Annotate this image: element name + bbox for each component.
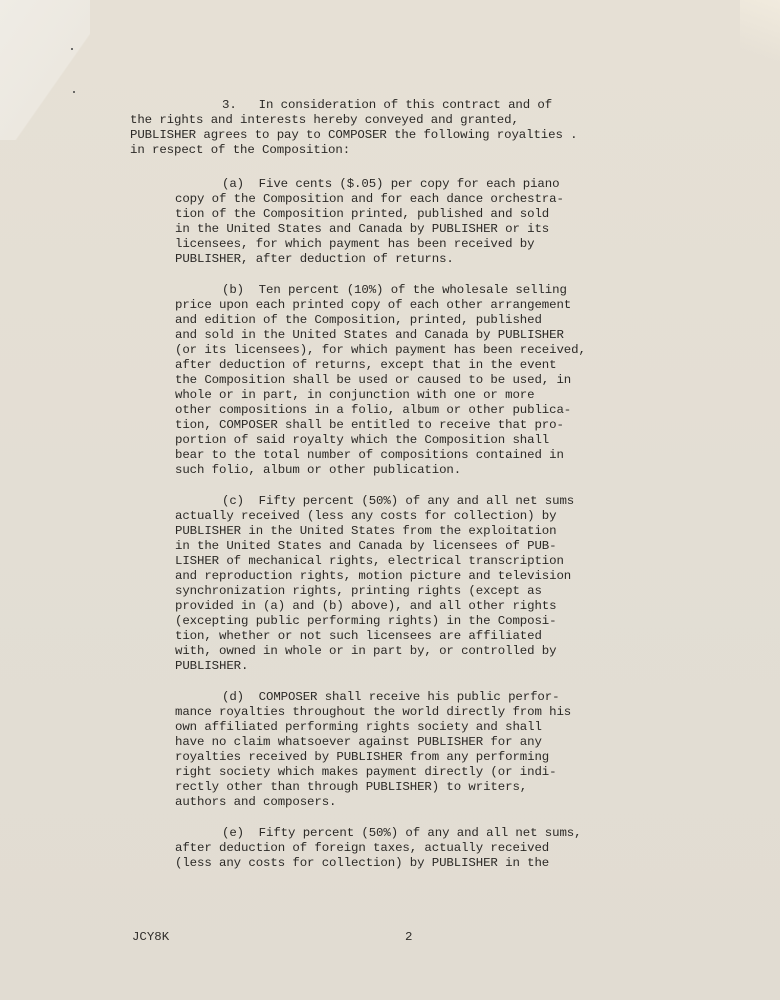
clause-line: in the United States and Canada by licen…: [175, 539, 556, 554]
clause-line: the Composition shall be used or caused …: [175, 373, 571, 388]
clause-line: whole or in part, in conjunction with on…: [175, 388, 534, 403]
clause-line: in the United States and Canada by PUBLI…: [175, 222, 549, 237]
clause-line: rectly other than through PUBLISHER) to …: [175, 780, 527, 795]
clause-line: licensees, for which payment has been re…: [175, 237, 534, 252]
clause-line: tion of the Composition printed, publish…: [175, 207, 549, 222]
clause-line: (excepting public performing rights) in …: [175, 614, 556, 629]
clause-line: PUBLISHER.: [175, 659, 248, 674]
paragraph-line: the rights and interests hereby conveyed…: [130, 113, 519, 128]
clause-line: actually received (less any costs for co…: [175, 509, 556, 524]
clause-line: (c) Fifty percent (50%) of any and all n…: [222, 494, 574, 509]
clause-line: after deduction of returns, except that …: [175, 358, 556, 373]
clause-line: after deduction of foreign taxes, actual…: [175, 841, 549, 856]
page-fold-shading: [0, 0, 90, 140]
paragraph-line: in respect of the Composition:: [130, 143, 350, 158]
clause-line: mance royalties throughout the world dir…: [175, 705, 571, 720]
clause-line: own affiliated performing rights society…: [175, 720, 542, 735]
clause-line: provided in (a) and (b) above), and all …: [175, 599, 556, 614]
clause-line: portion of said royalty which the Compos…: [175, 433, 549, 448]
page-number: 2: [405, 930, 412, 944]
clause-line: (b) Ten percent (10%) of the wholesale s…: [222, 283, 567, 298]
page-corner-shading: [740, 0, 780, 80]
clause-line: with, owned in whole or in part by, or c…: [175, 644, 556, 659]
clause-line: (d) COMPOSER shall receive his public pe…: [222, 690, 559, 705]
clause-line: PUBLISHER, after deduction of returns.: [175, 252, 454, 267]
paper-speck: [73, 91, 75, 93]
clause-line: (or its licensees), for which payment ha…: [175, 343, 586, 358]
clause-line: (a) Five cents ($.05) per copy for each …: [222, 177, 559, 192]
clause-line: tion, whether or not such licensees are …: [175, 629, 542, 644]
clause-line: tion, COMPOSER shall be entitled to rece…: [175, 418, 564, 433]
clause-line: have no claim whatsoever against PUBLISH…: [175, 735, 542, 750]
clause-line: synchronization rights, printing rights …: [175, 584, 542, 599]
clause-line: and edition of the Composition, printed,…: [175, 313, 542, 328]
clause-line: copy of the Composition and for each dan…: [175, 192, 564, 207]
document-code: JCY8K: [132, 930, 169, 944]
clause-line: royalties received by PUBLISHER from any…: [175, 750, 549, 765]
paragraph-line: PUBLISHER agrees to pay to COMPOSER the …: [130, 128, 577, 143]
clause-line: such folio, album or other publication.: [175, 463, 461, 478]
clause-line: PUBLISHER in the United States from the …: [175, 524, 556, 539]
clause-line: bear to the total number of compositions…: [175, 448, 564, 463]
clause-line: right society which makes payment direct…: [175, 765, 556, 780]
clause-line: price upon each printed copy of each oth…: [175, 298, 571, 313]
clause-line: and reproduction rights, motion picture …: [175, 569, 571, 584]
clause-line: (e) Fifty percent (50%) of any and all n…: [222, 826, 581, 841]
clause-line: and sold in the United States and Canada…: [175, 328, 564, 343]
clause-line: (less any costs for collection) by PUBLI…: [175, 856, 549, 871]
clause-line: LISHER of mechanical rights, electrical …: [175, 554, 564, 569]
clause-line: other compositions in a folio, album or …: [175, 403, 571, 418]
paragraph-line: 3. In consideration of this contract and…: [222, 98, 552, 113]
document-page: 3. In consideration of this contract and…: [0, 0, 780, 1000]
clause-line: authors and composers.: [175, 795, 336, 810]
paper-speck: [71, 48, 73, 50]
